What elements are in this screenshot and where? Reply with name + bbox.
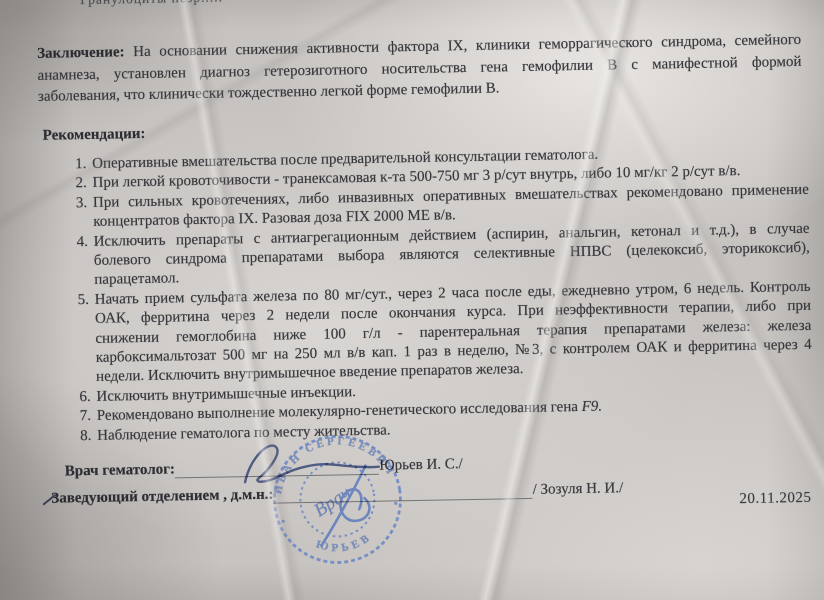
item-number: 6. — [79, 388, 96, 408]
item-number: 1. — [75, 155, 92, 175]
list-item: 5. Начать прием сульфата железа по 80 мг… — [78, 278, 813, 388]
paper-sheet: Гранулоциты незр..... Заключение: На осн… — [0, 0, 824, 600]
item-number: 4. — [76, 233, 93, 253]
item-number: 7. — [80, 407, 97, 427]
doctor-label: Врач гематолог: — [65, 461, 175, 480]
conclusion-paragraph: Заключение: На основании снижения активн… — [37, 30, 802, 109]
photo-of-medical-report: Гранулоциты незр..... Заключение: На осн… — [0, 0, 824, 600]
conclusion-label: Заключение: — [37, 44, 125, 62]
truncated-top-line: Гранулоциты незр..... — [80, 0, 223, 8]
recommendations-list: 1. Оперативные вмешательства после предв… — [75, 142, 813, 446]
pen-signature-flourish — [236, 434, 387, 501]
document-content: Гранулоциты незр..... Заключение: На осн… — [31, 30, 821, 600]
item-number: 5. — [78, 291, 95, 311]
head-name: / Зозуля Н. И./ — [532, 480, 623, 499]
gene-name-italic: F9. — [582, 399, 603, 415]
item-number: 8. — [80, 427, 97, 447]
item-number: 3. — [76, 194, 93, 214]
recommendations-title: Рекомендации: — [43, 126, 146, 145]
item-number: 2. — [75, 174, 92, 194]
document-date: 20.11.2025 — [739, 490, 811, 508]
